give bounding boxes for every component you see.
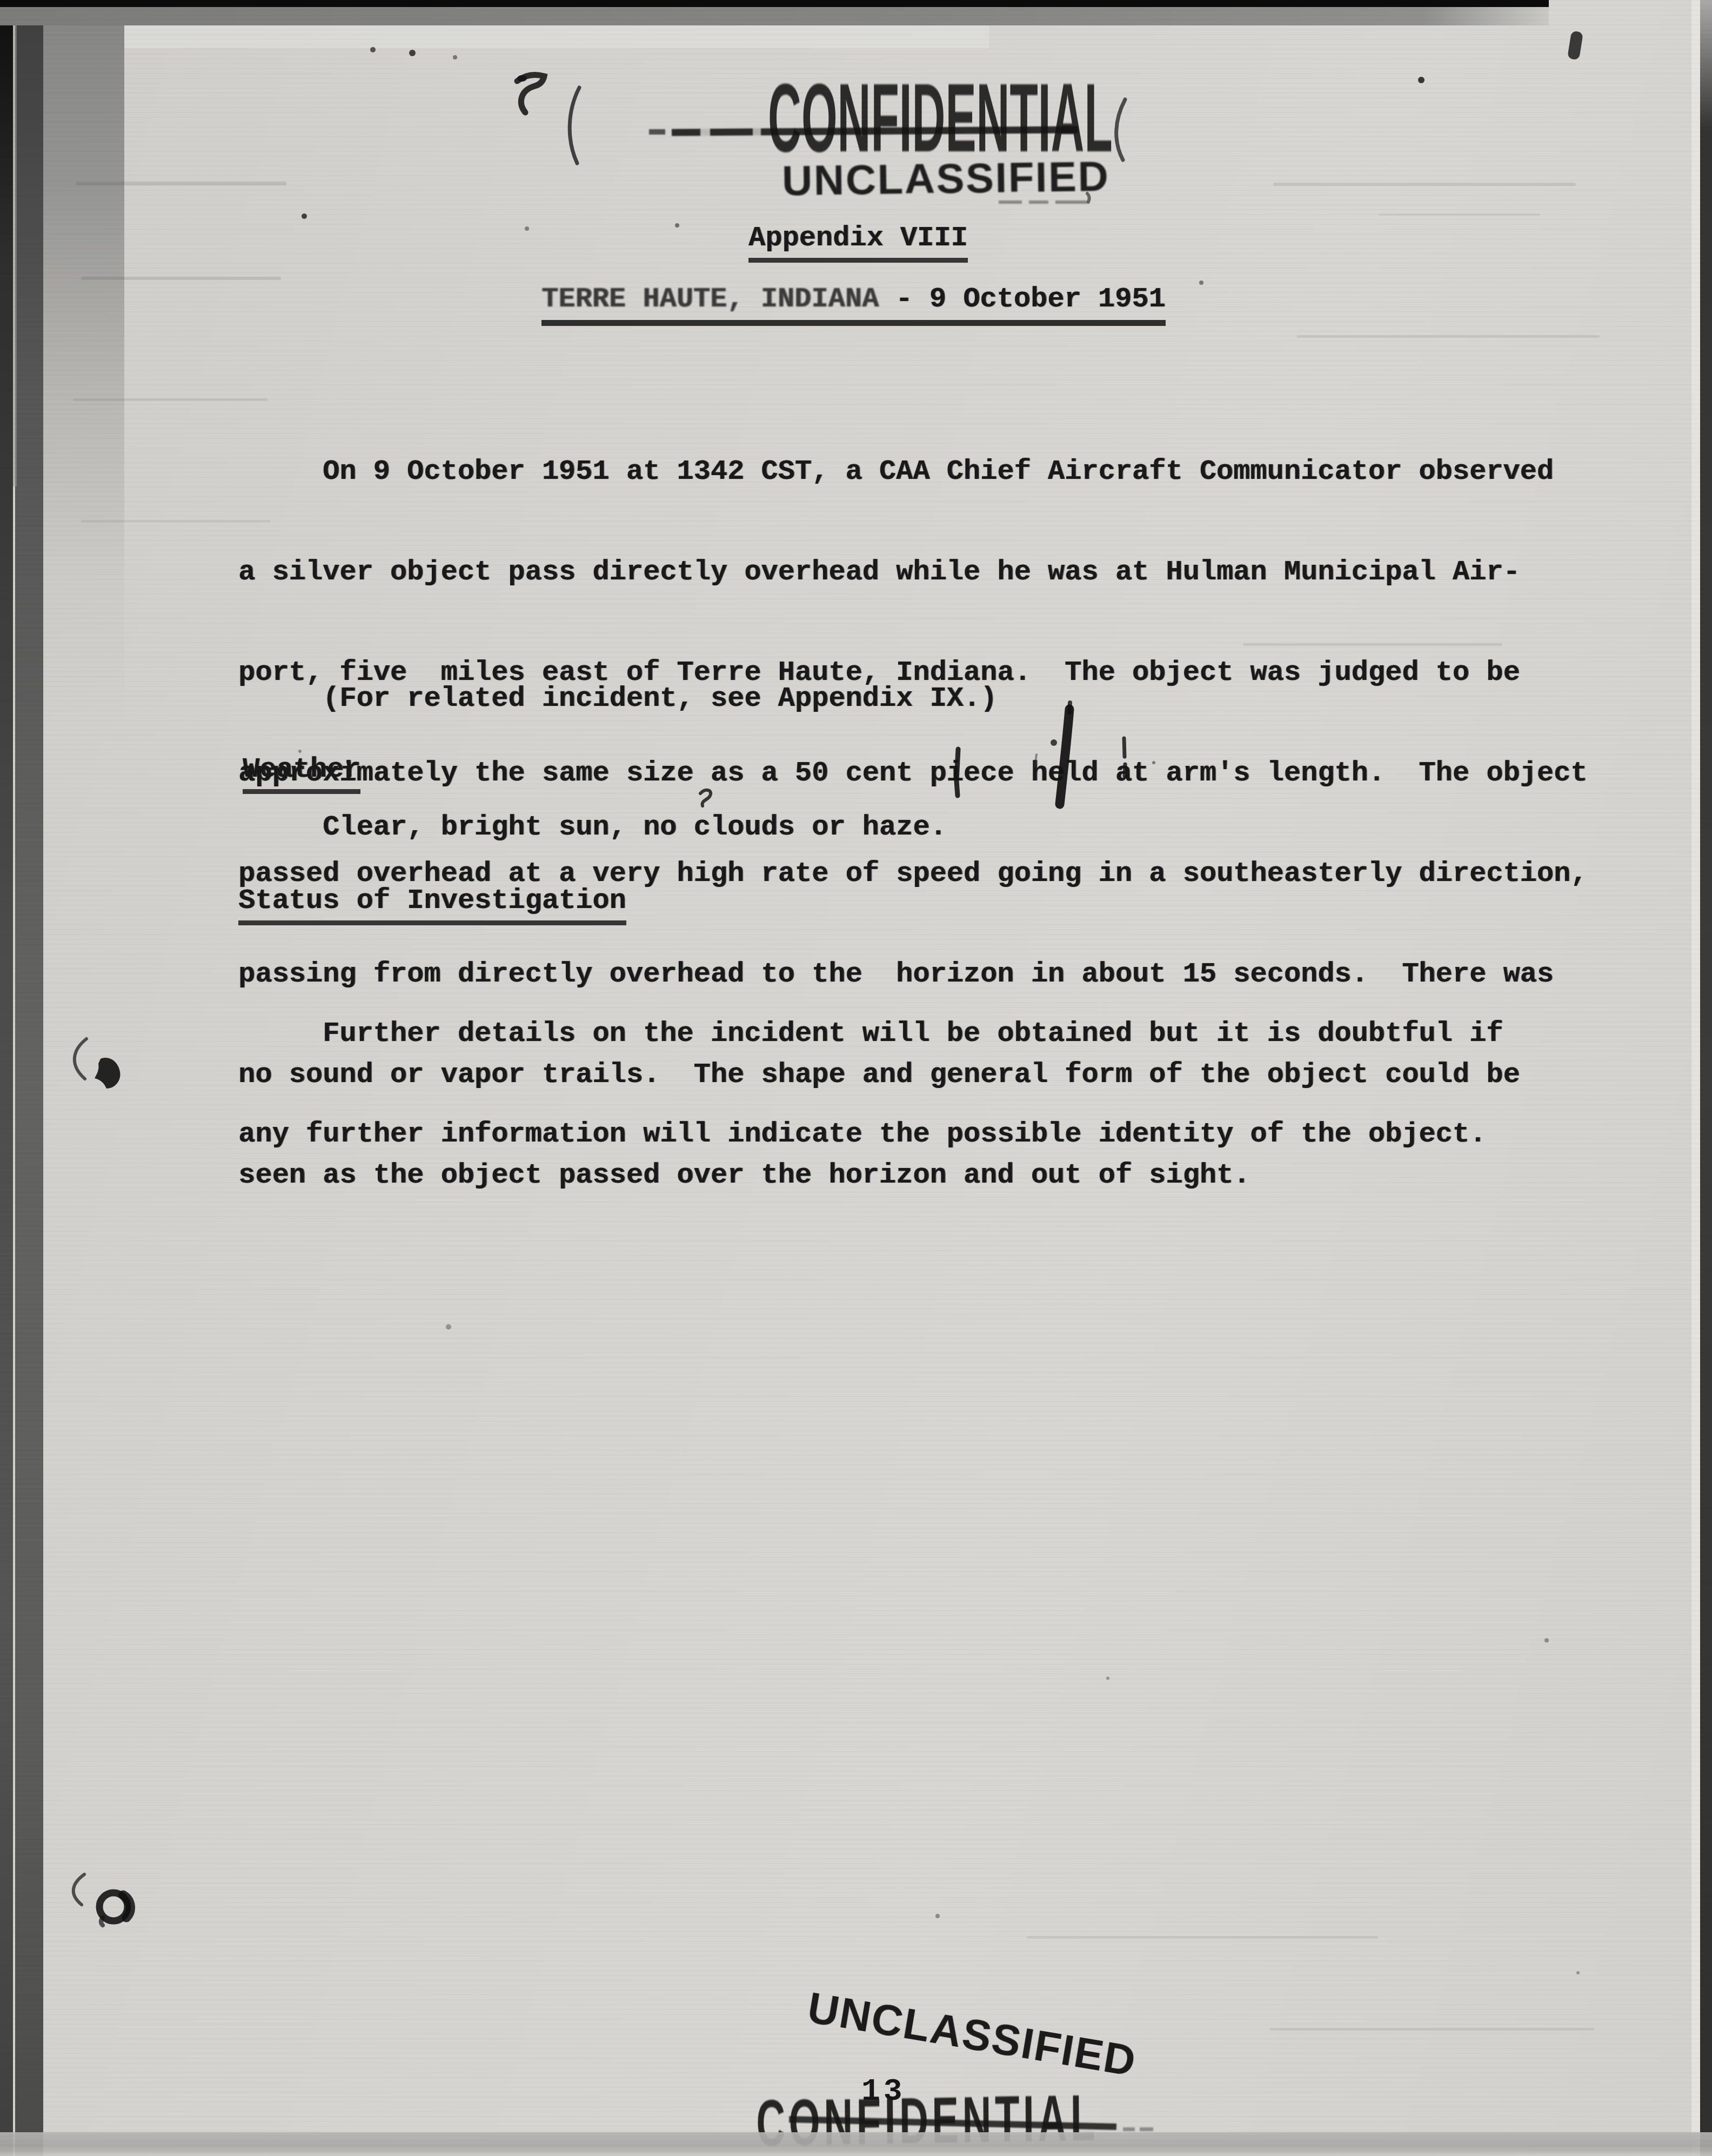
pen-hook-mark-icon (517, 75, 544, 112)
scan-edge-top-gray (0, 6, 1549, 25)
stamp-underline-fragment (999, 201, 1087, 204)
punch-hole-arc-icon (73, 1874, 84, 1905)
title-location: TERRE HAUTE, INDIANA (541, 283, 879, 315)
punch-hole-blob-icon (95, 1058, 120, 1089)
scan-edge-left-black (0, 0, 13, 2156)
paragraph-line: any further information will indicate th… (238, 1118, 1503, 1151)
punch-hole-ring-thick-icon (123, 1895, 130, 1918)
scanned-document-page: CONFIDENTIAL UNCLASSIFIED Appendix VIII … (0, 0, 1712, 2156)
unclassified-stamp-top: UNCLASSIFIED (781, 155, 1109, 202)
weather-heading: Weather (243, 753, 360, 794)
punch-hole-ring-icon (99, 1893, 128, 1921)
title-date: 9 October 1951 (929, 283, 1166, 315)
strikethrough-dash-top (649, 129, 665, 135)
right-paren-mark-icon (1116, 99, 1125, 160)
scan-edge-top-highlight (124, 25, 989, 48)
scan-edge-right-dark (1700, 0, 1712, 2156)
scan-edge-right-sliver (1691, 0, 1700, 2156)
page-title-underlined: TERRE HAUTE, INDIANA - 9 October 1951 (541, 283, 1166, 326)
punch-hole-tail-icon (101, 1918, 103, 1925)
status-paragraph: Further details on the incident will be … (238, 950, 1503, 1218)
pen-hook-blob-icon (517, 75, 527, 82)
page-title: TERRE HAUTE, INDIANA - 9 October 1951 (541, 283, 1166, 326)
unclassified-stamp-bottom: UNCLASSIFIED (805, 1986, 1140, 2083)
scan-edge-left-fade (43, 0, 124, 730)
paragraph-line: approximately the same size as a 50 cent… (238, 757, 1587, 790)
confidential-stamp-top: CONFIDENTIAL (768, 70, 1113, 167)
appendix-heading-text: Appendix VIII (748, 222, 968, 263)
scan-edge-left-sliver (13, 0, 17, 486)
paragraph-line: a silver object pass directly overhead w… (238, 556, 1587, 589)
left-paren-mark-icon (570, 88, 579, 163)
scan-edge-top-black (0, 0, 1549, 7)
strikethrough-dashes-bottom (1123, 2127, 1153, 2131)
appendix-heading: Appendix VIII (748, 222, 968, 263)
paragraph-line: On 9 October 1951 at 1342 CST, a CAA Chi… (238, 455, 1587, 489)
title-separator: - (879, 283, 929, 315)
scan-edge-right-notch (1567, 31, 1583, 61)
punch-hole-arc-icon (75, 1039, 86, 1079)
related-incident-note: (For related incident, see Appendix IX.) (238, 682, 997, 716)
scan-edge-left-dark (15, 0, 43, 2156)
weather-text: Clear, bright sun, no clouds or haze. (238, 811, 947, 844)
weather-heading-text: Weather (243, 753, 360, 794)
status-heading: Status of Investigation (238, 884, 626, 925)
status-heading-text: Status of Investigation (238, 884, 626, 925)
paragraph-line: Further details on the incident will be … (238, 1017, 1503, 1051)
